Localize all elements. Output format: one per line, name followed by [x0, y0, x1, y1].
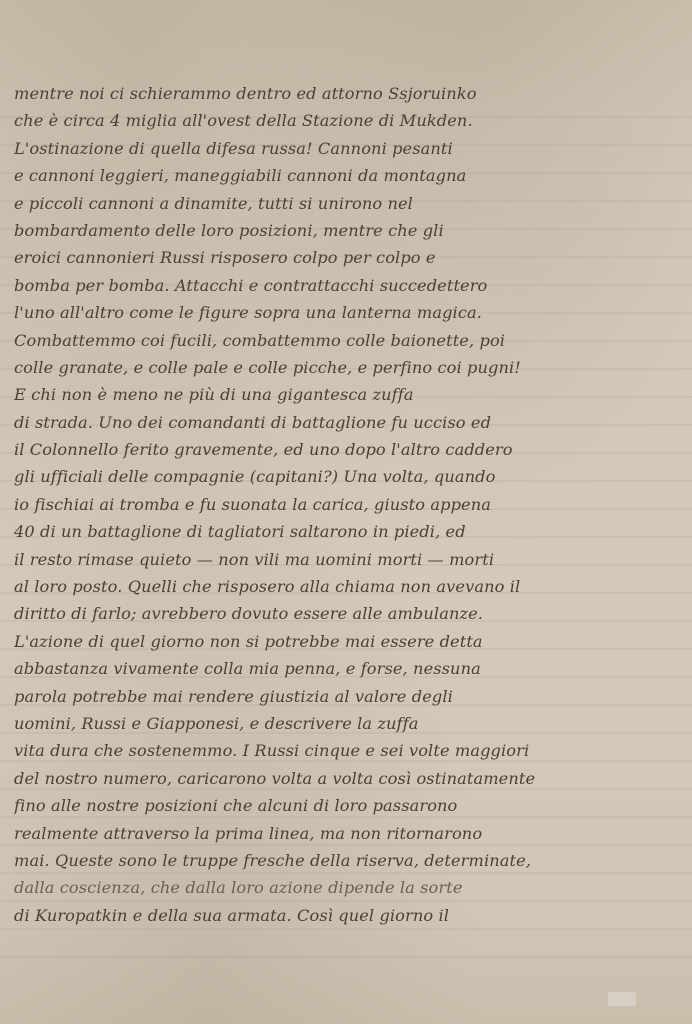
text-line-28: realmente attraverso la prima linea, ma …: [14, 820, 684, 847]
text-line-2: che è circa 4 miglia all'ovest della Sta…: [14, 107, 684, 134]
text-line-26: del nostro numero, caricarono volta a vo…: [14, 765, 684, 792]
text-line-18: il resto rimase quieto — non vili ma uom…: [14, 546, 684, 573]
handwritten-text-block: mentre noi ci schierammo dentro ed attor…: [14, 80, 684, 929]
manuscript-page: mentre noi ci schierammo dentro ed attor…: [0, 0, 692, 1024]
text-line-16: io fischiai ai tromba e fu suonata la ca…: [14, 491, 684, 518]
text-line-30: dalla coscienza, che dalla loro azione d…: [14, 874, 684, 901]
text-line-29: mai. Queste sono le truppe fresche della…: [14, 847, 684, 874]
paper-mark: [608, 992, 636, 1006]
text-line-4: e cannoni leggieri, maneggiabili cannoni…: [14, 162, 684, 189]
text-line-15: gli ufficiali delle compagnie (capitani?…: [14, 463, 684, 490]
text-line-19: al loro posto. Quelli che risposero alla…: [14, 573, 684, 600]
text-line-14: il Colonnello ferito gravemente, ed uno …: [14, 436, 684, 463]
text-line-8: bomba per bomba. Attacchi e contrattacch…: [14, 272, 684, 299]
text-line-13: di strada. Uno dei comandanti di battagl…: [14, 409, 684, 436]
text-line-31: di Kuropatkin e della sua armata. Così q…: [14, 902, 684, 929]
text-line-1: mentre noi ci schierammo dentro ed attor…: [14, 80, 684, 107]
text-line-6: bombardamento delle loro posizioni, ment…: [14, 217, 684, 244]
text-line-24: uomini, Russi e Giapponesi, e descrivere…: [14, 710, 684, 737]
text-line-12: E chi non è meno ne più di una gigantesc…: [14, 381, 684, 408]
text-line-9: l'uno all'altro come le figure sopra una…: [14, 299, 684, 326]
text-line-20: diritto di farlo; avrebbero dovuto esser…: [14, 600, 684, 627]
text-line-21: L'azione di quel giorno non si potrebbe …: [14, 628, 684, 655]
text-line-10: Combattemmo coi fucili, combattemmo coll…: [14, 327, 684, 354]
text-line-7: eroici cannonieri Russi risposero colpo …: [14, 244, 684, 271]
text-line-3: L'ostinazione di quella difesa russa! Ca…: [14, 135, 684, 162]
text-line-5: e piccoli cannoni a dinamite, tutti si u…: [14, 190, 684, 217]
text-line-27: fino alle nostre posizioni che alcuni di…: [14, 792, 684, 819]
text-line-22: abbastanza vivamente colla mia penna, e …: [14, 655, 684, 682]
text-line-23: parola potrebbe mai rendere giustizia al…: [14, 683, 684, 710]
text-line-25: vita dura che sostenemmo. I Russi cinque…: [14, 737, 684, 764]
text-line-17: 40 di un battaglione di tagliatori salta…: [14, 518, 684, 545]
text-line-11: colle granate, e colle pale e colle picc…: [14, 354, 684, 381]
